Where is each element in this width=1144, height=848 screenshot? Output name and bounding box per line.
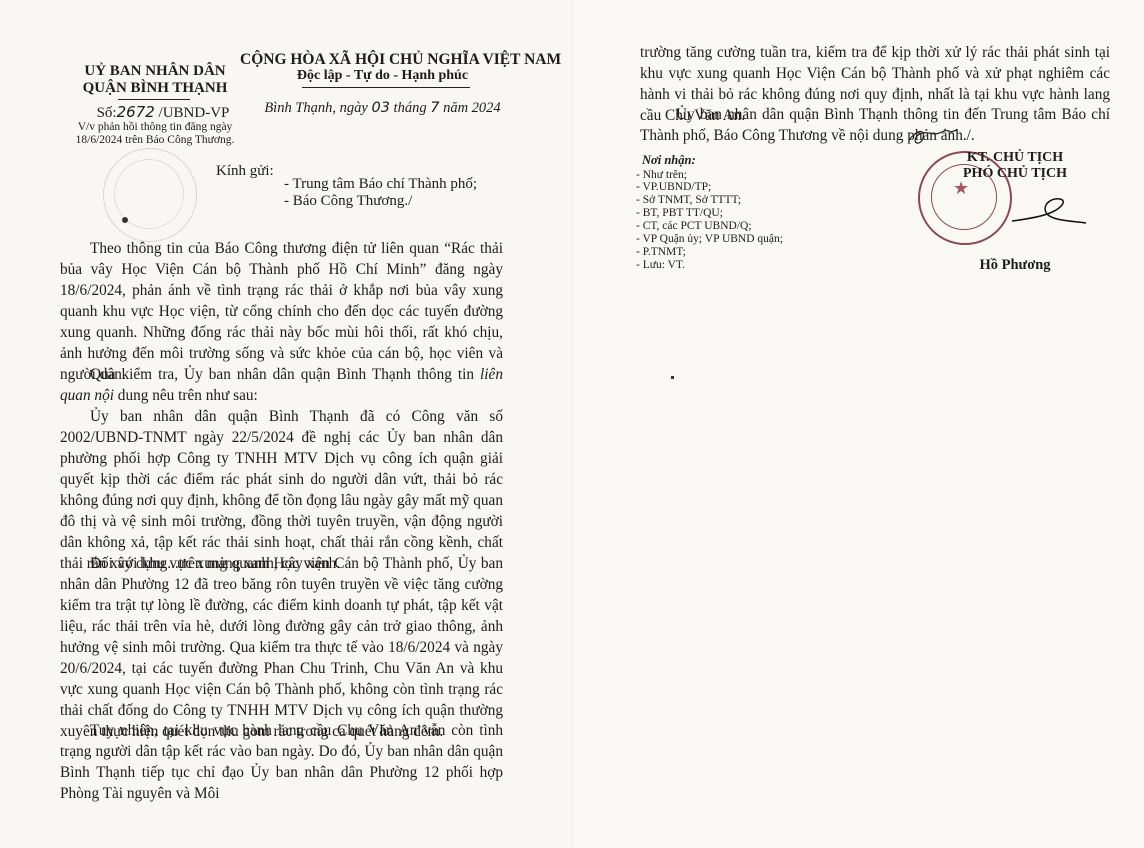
subject-line2: 18/6/2024 trên Báo Công Thương. [50, 134, 260, 146]
paragraph-text: Đối với khu vực xung quanh Học viện Cán … [60, 555, 503, 740]
distribution-title: Nơi nhận: [642, 153, 696, 168]
distribution-item: - BT, PBT TT/QU; [636, 207, 723, 219]
doc-number-prefix: Số: [97, 105, 117, 121]
doc-number-value: 2672 [117, 103, 155, 121]
body-paragraph-7: Ủy ban nhân dân quận Bình Thạnh thông ti… [640, 104, 1110, 146]
seal-dot [122, 217, 128, 223]
recipients-label: Kính gửi: [216, 163, 274, 180]
recipient-item: - Báo Công Thương./ [284, 193, 412, 210]
year-label: năm 2024 [439, 100, 500, 116]
distribution-item: - VP.UBND/TP; [636, 181, 711, 193]
issuing-org-line1: UỶ BAN NHÂN DÂN [70, 63, 240, 80]
distribution-item: - Sở TNMT, Sở TTTT; [636, 194, 741, 206]
issuing-org-line2: QUẬN BÌNH THẠNH [70, 80, 240, 97]
body-paragraph-2: Qua kiểm tra, Ủy ban nhân dân quận Bình … [60, 364, 503, 406]
body-paragraph-4: Đối với khu vực xung quanh Học viện Cán … [60, 553, 503, 742]
distribution-item: - Như trên; [636, 169, 687, 181]
motto-underline [302, 87, 470, 88]
date-day: 03 [371, 100, 389, 116]
doc-number-suffix: /UBND-VP [159, 105, 230, 121]
national-motto: Độc lập - Tự do - Hạnh phúc [240, 68, 525, 84]
org-underline [118, 99, 190, 100]
paragraph-text: dung nêu trên như sau: [114, 387, 258, 404]
place-date: Bình Thạnh, ngày 03 tháng 7 năm 2024 [240, 100, 525, 117]
national-title: CỘNG HÒA XÃ HỘI CHỦ NGHĨA VIỆT NAM [240, 51, 525, 69]
distribution-item: - CT, các PCT UBND/Q; [636, 220, 752, 232]
distribution-item: - VP Quận ủy; VP UBND quận; [636, 233, 783, 245]
subject-line1: V/v phản hồi thông tin đăng ngày [50, 121, 260, 133]
initials-signature-icon [905, 124, 965, 148]
body-paragraph-5: Tuy nhiên, tại khu vực hành lang cầu Chu… [60, 720, 503, 804]
paragraph-text: Qua kiểm tra, Ủy ban nhân dân quận Bình … [90, 366, 480, 383]
paragraph-text: Theo thông tin của Báo Công thương điện … [60, 240, 503, 383]
signature-title1: KT. CHỦ TỊCH [910, 150, 1120, 166]
place-date-prefix: Bình Thạnh, ngày [264, 100, 371, 116]
faint-seal-icon [103, 148, 197, 242]
month-label: tháng [390, 100, 430, 116]
distribution-item: - P.TNMT; [636, 246, 686, 258]
paragraph-text: Ủy ban nhân dân quận Bình Thạnh đã có Cô… [60, 408, 503, 572]
body-paragraph-3: Ủy ban nhân dân quận Bình Thạnh đã có Cô… [60, 406, 503, 574]
paragraph-text: Ủy ban nhân dân quận Bình Thạnh thông ti… [640, 106, 1110, 144]
signer-name: Hồ Phương [910, 257, 1120, 274]
recipient-item: - Trung tâm Báo chí Thành phố; [284, 176, 477, 193]
document-number: Số:2672 /UBND-VP [78, 103, 248, 122]
signature-title2: PHÓ CHỦ TỊCH [910, 166, 1120, 182]
body-paragraph-1: Theo thông tin của Báo Công thương điện … [60, 238, 503, 385]
paragraph-text: Tuy nhiên, tại khu vực hành lang cầu Chu… [60, 722, 503, 802]
handwritten-signature-icon [1010, 195, 1090, 229]
scan-speck [671, 376, 674, 379]
distribution-item: - Lưu: VT. [636, 259, 685, 271]
